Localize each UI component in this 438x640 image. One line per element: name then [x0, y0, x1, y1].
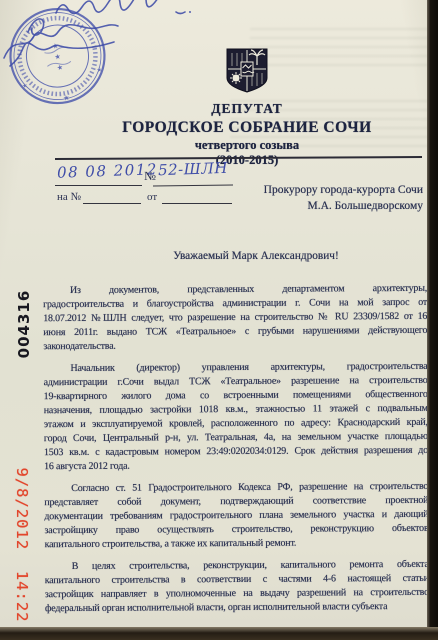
paragraph-4: В целях строительства, реконструкции, ка…	[45, 558, 429, 616]
scan-edge-right	[427, 0, 438, 640]
paragraph-3: Согласно ст. 51 Градостроительного Кодек…	[44, 480, 428, 552]
body-line: 16 августа 2012 года.	[44, 458, 428, 474]
letter-body: Из документов, представленных департамен…	[43, 282, 429, 624]
body-line: федеральный орган исполнительной власти,…	[45, 600, 429, 616]
number-sign: №	[144, 169, 156, 184]
sochi-coat-of-arms-icon	[224, 48, 270, 98]
body-line: 1503 кв.м. с кадастровым номером 23:49:0…	[44, 444, 428, 460]
addressee-line1: Прокурору города-курорта Сочи	[264, 182, 423, 198]
body-line: законодательства.	[43, 338, 427, 354]
body-line: капитального строительства, а также их к…	[45, 536, 429, 552]
number-underline	[153, 184, 233, 187]
from-label: от	[147, 191, 157, 203]
letterhead-convocation: четвертого созыва	[60, 138, 434, 153]
date-underline	[55, 185, 142, 186]
letterhead: ДЕПУТАТ ГОРОДСКОЕ СОБРАНИЕ СОЧИ четверто…	[60, 48, 434, 168]
addressee-line2: М.А. Большедворскому	[264, 198, 423, 214]
scan-edge-bottom	[0, 627, 438, 640]
from-underline	[162, 203, 232, 204]
fax-timestamp-vertical: 9/8/2012 14:22	[7, 447, 31, 640]
paragraph-2: Начальник (директор) управления архитект…	[43, 360, 428, 474]
letterhead-organization: ГОРОДСКОЕ СОБРАНИЕ СОЧИ	[60, 119, 434, 137]
paragraph-1: Из документов, представленных департамен…	[43, 282, 427, 354]
handwritten-outgoing-number: 52-ШЛН	[158, 159, 228, 179]
registration-number-vertical: 004316	[15, 285, 41, 363]
addressee-block: Прокурору города-курорта Сочи М.А. Больш…	[264, 182, 423, 214]
reply-to-label: на №	[57, 191, 81, 203]
salutation: Уважаемый Марк Александрович!	[100, 250, 412, 262]
letterhead-title: ДЕПУТАТ	[60, 101, 434, 117]
body-line: июня 2011г. выдано ТСЖ «Театральное» с г…	[43, 324, 427, 340]
body-line: застройщику право осуществлять строитель…	[44, 522, 428, 538]
handwritten-date: 08 08 2012	[57, 160, 158, 182]
scanned-letter-page: ★ ★ ★ ★ ★ ★ 004316 9/8/2012 14:22	[0, 0, 438, 640]
reply-to-underline	[83, 203, 141, 204]
